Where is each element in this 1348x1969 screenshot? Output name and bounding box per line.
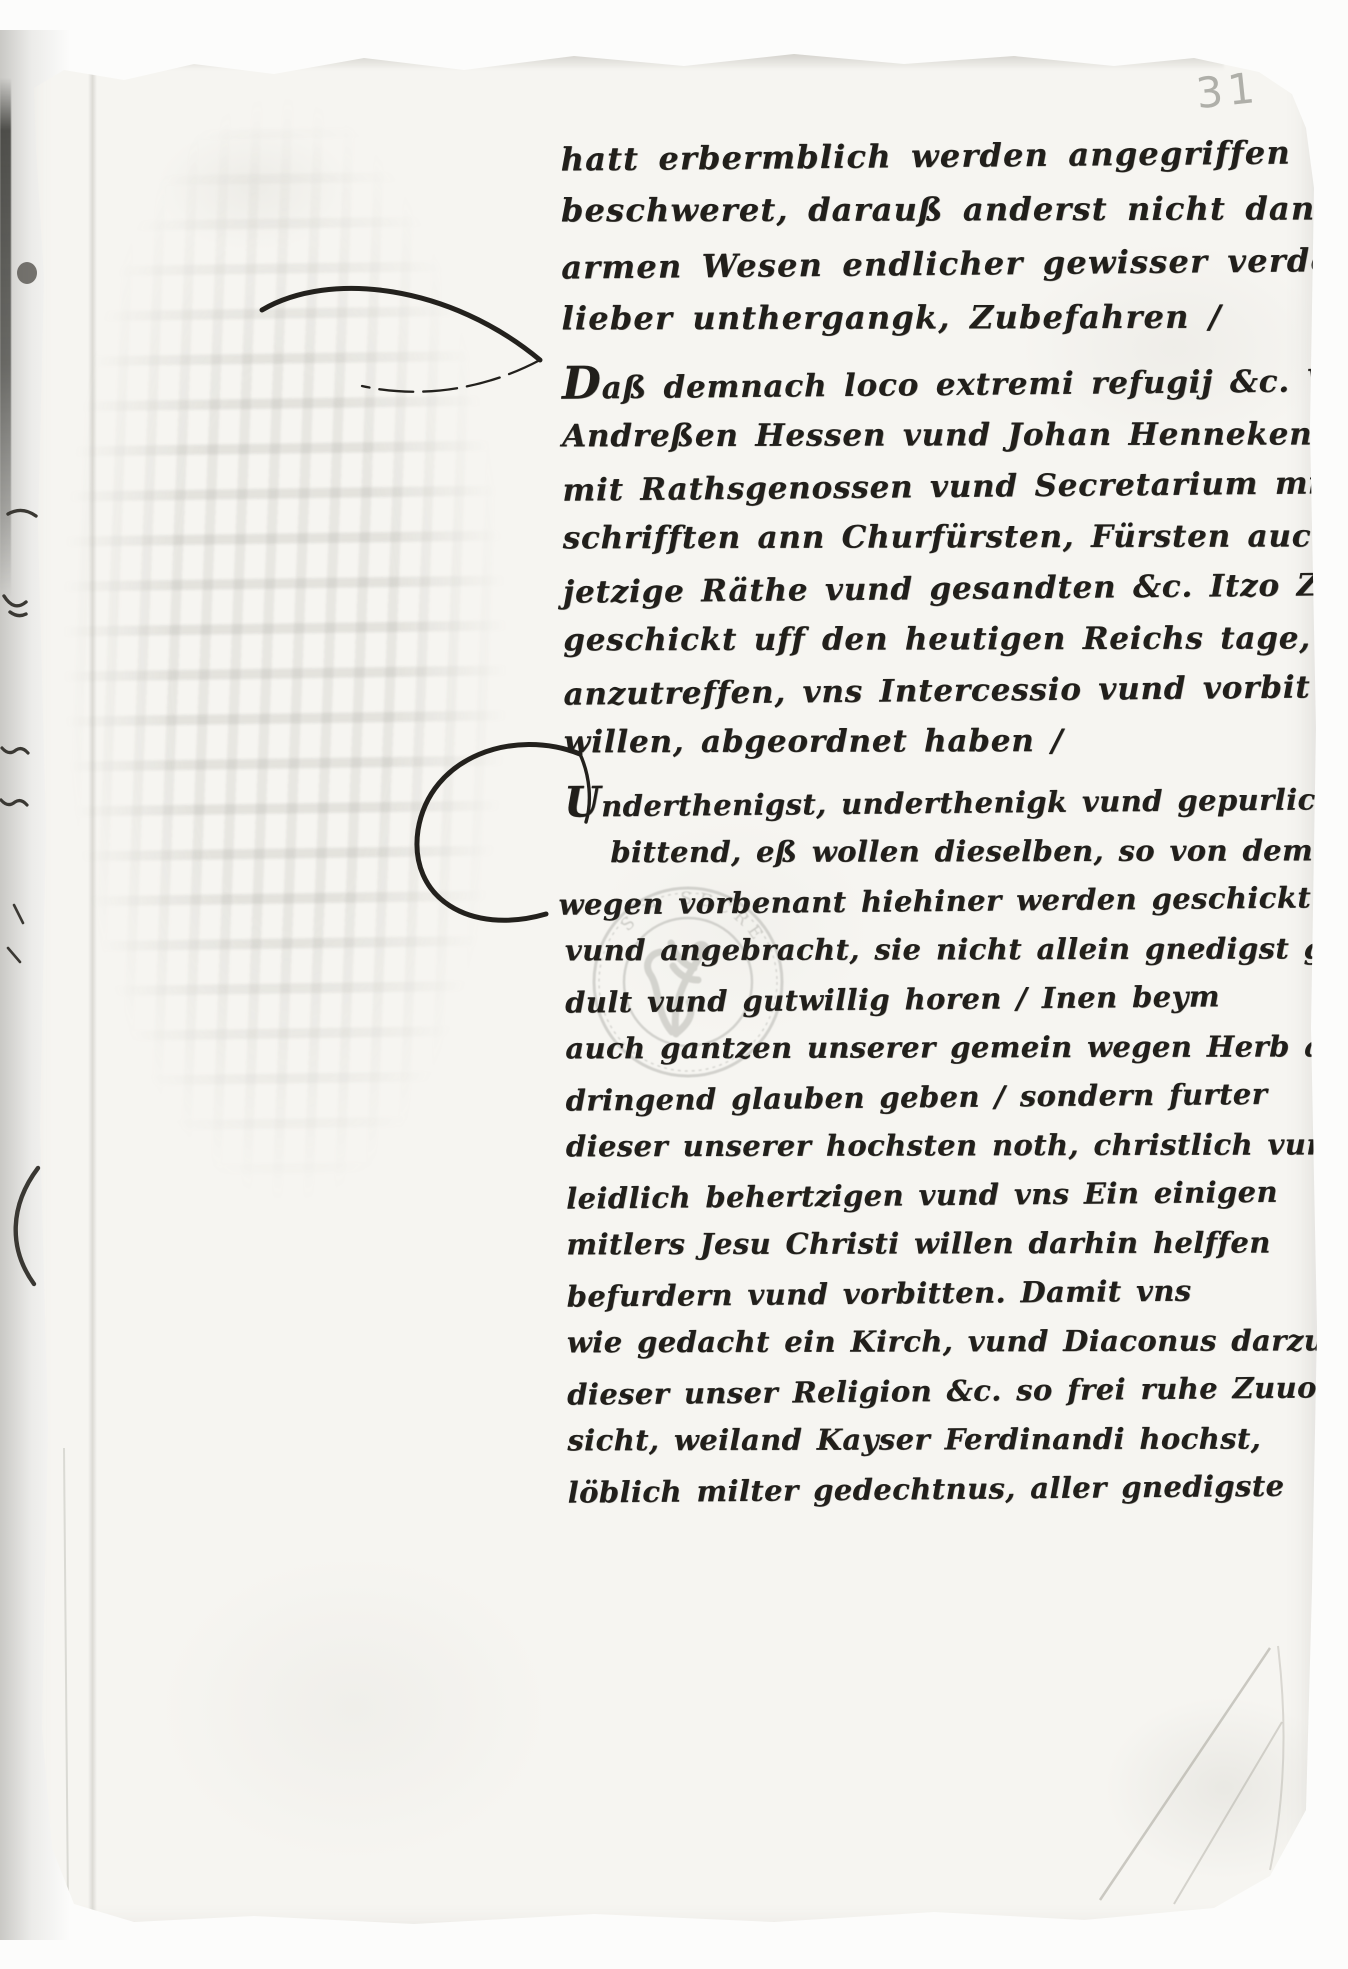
text-line: armen Wesen endlicher gewisser verderb, bbox=[561, 232, 1348, 295]
text-line: dieser unserer hochsten noth, christlich… bbox=[566, 1120, 1348, 1171]
text-line: mitlers Jesu Christi willen darhin helff… bbox=[566, 1218, 1348, 1269]
gutter-ink-marks bbox=[0, 0, 70, 1969]
text-line: wie gedacht ein Kirch, vund Diaconus dar… bbox=[567, 1316, 1348, 1367]
text-line: dringend glauben geben / sondern furter bbox=[565, 1068, 1348, 1126]
text-line: befurdern vund vorbitten. Damit vns bbox=[566, 1264, 1348, 1322]
text-line: jetzige Räthe vund gesandten &c. Itzo Zu… bbox=[563, 559, 1348, 619]
text-line: wegen vorbenant hiehiner werden geschick… bbox=[558, 872, 1348, 930]
manuscript-page: 31 S + SECRE bbox=[34, 28, 1318, 1938]
handwritten-text: hatt erbermblich werden angegriffen vund… bbox=[29, 25, 1323, 1942]
text-line: sicht, weiland Kayser Ferdinandi hochst, bbox=[567, 1414, 1348, 1465]
text-line: löblich milter gedechtnus, aller gnedigs… bbox=[567, 1460, 1348, 1518]
paragraph-1: hatt erbermblich werden angegriffen vund… bbox=[561, 126, 1348, 347]
text-line: leidlich behertzigen vund vns Ein einige… bbox=[566, 1166, 1348, 1224]
text-line: schrifften ann Churfürsten, Fürsten auch… bbox=[563, 511, 1348, 564]
paragraph-3: Underthenigst, underthenigk vund gepurli… bbox=[564, 771, 1348, 1516]
text-line: auch gantzen unserer gemein wegen Herb a… bbox=[565, 1022, 1348, 1073]
text-line: willen, abgeordnet haben / bbox=[564, 715, 1348, 768]
text-line: mit Rathsgenossen vund Secretarium mit bbox=[562, 457, 1348, 517]
text-line: beschweret, darauß anderst nicht dan des… bbox=[561, 181, 1348, 237]
text-line: lieber unthergangk, Zubefahren / bbox=[561, 289, 1348, 345]
paragraph-2: Daß demnach loco extremi refugij &c. Wir… bbox=[562, 351, 1348, 770]
text-line: vund angebracht, sie nicht allein gnedig… bbox=[565, 924, 1348, 975]
text-line: dult vund gutwillig horen / Inen beym bbox=[565, 970, 1348, 1028]
text-line: hatt erbermblich werden angegriffen vund bbox=[560, 124, 1348, 187]
text-line: Andreßen Hessen vund Johan Henneken unse… bbox=[562, 409, 1348, 462]
text-line: Daß demnach loco extremi refugij &c. Wir… bbox=[562, 349, 1348, 415]
text-line: bittend, eß wollen dieselben, so von dem bbox=[610, 826, 1348, 877]
text-line: dieser unser Religion &c. so frei ruhe Z… bbox=[567, 1362, 1348, 1420]
manuscript-scan: 31 S + SECRE bbox=[0, 0, 1348, 1969]
text-line: Underthenigst, underthenigk vund gepurli… bbox=[564, 769, 1348, 832]
text-line: anzutreffen, vns Intercessio vund vorbit bbox=[563, 661, 1348, 721]
text-line: geschickt uff den heutigen Reichs tage, bbox=[563, 613, 1348, 666]
